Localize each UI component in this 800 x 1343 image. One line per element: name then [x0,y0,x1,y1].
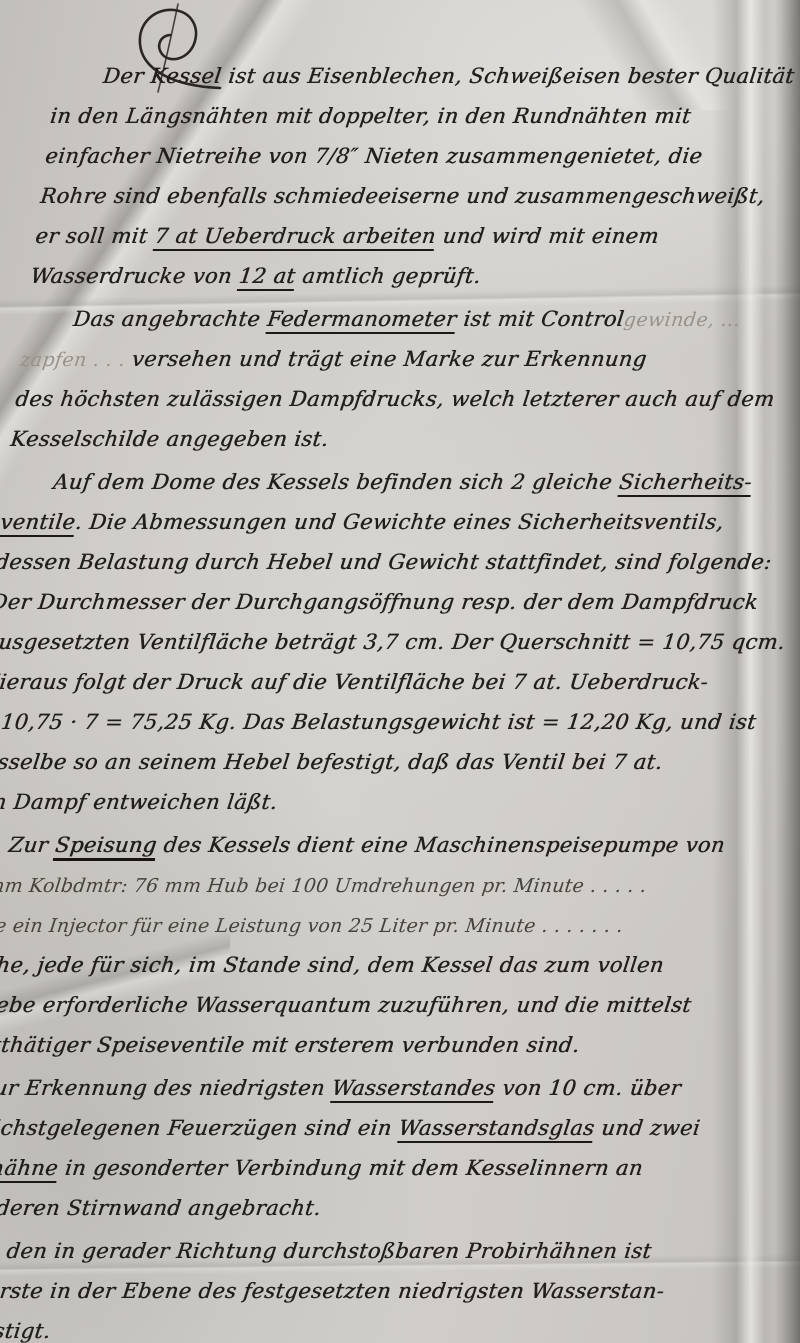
manuscript-line: dessen Belastung durch Hebel und Gewicht… [0,542,710,582]
ink-text: der unterste in der Ebene des festgesetz… [0,1279,666,1303]
manuscript-line: der vorderen Stirnwand angebracht. [0,1188,631,1228]
manuscript-line: des höchsten zulässigen Dampfdrucks, wel… [13,379,730,419]
ink-text: der vorderen Stirnwand angebracht. [0,1196,322,1220]
underlined-phrase: Wasserstandes [330,1076,497,1103]
ink-text: Das angebrachte [72,307,269,331]
ink-text: des befestigt. [0,1319,52,1343]
manuscript-line: selbstthätiger Speiseventile mit erstere… [0,1025,651,1065]
manuscript-photo: { "document": { "ink_color": "#221f1b", … [0,0,800,1343]
manuscript-line: Der Kessel ist aus Eisenblechen, Schweiß… [53,56,770,96]
ink-text: ausgesetzten Ventilfläche beträgt 3,7 cm… [0,630,787,654]
inserted-ink-text: 65 mm Kolbdmtr: 76 mm Hub bei 100 Umdreh… [0,875,648,897]
manuscript-line: der unterste in der Ebene des festgesetz… [0,1271,620,1311]
underlined-phrase: Sicherheits- [617,470,753,497]
underlined-phrase: 7 at Ueberdruck arbeiten [153,224,437,251]
ink-text: Rohre sind ebenfalls schmiedeeiserne und… [39,184,766,208]
ink-text: . Die Abmessungen und Gewichte eines Sic… [74,510,725,534]
manuscript-line: einfacher Nietreihe von 7/8″ Nieten zusa… [43,136,760,176]
ink-text: selbstthätiger Speiseventile mit erstere… [0,1033,581,1057]
underlined-phrase: ventile [0,510,77,537]
underlined-phrase: Federmanometer [265,307,458,334]
manuscript-line: des befestigt. [0,1311,616,1343]
manuscript-line: Rohre sind ebenfalls schmiedeeiserne und… [38,176,755,216]
ink-text: versehen und trägt eine Marke zur Erkenn… [130,347,648,371]
underlined-phrase: Speisung [53,833,158,861]
manuscript-line: Zur Erkennung des niedrigsten Wasserstan… [0,1068,645,1108]
ink-text: Betriebe erforderliche Wasserquantum zuz… [0,993,693,1017]
manuscript-line: = 10,75 · 7 = 75,25 Kg. Das Belastungsge… [0,702,690,742]
ink-text: des Kessels dient eine Maschinenspeisepu… [155,833,726,857]
manuscript-line: Von den in gerader Richtung durchstoßbar… [0,1231,625,1271]
manuscript-line: Probirhähne in gesonderter Verbindung mi… [0,1148,636,1188]
manuscript-line: Kesselschilde angegeben ist. [8,419,725,459]
manuscript-line: Wasserdrucke von 12 at amtlich geprüft. [28,256,745,296]
ink-text: Auf dem Dome des Kessels befinden sich 2… [52,470,621,494]
ink-text: Wasserdrucke von [29,264,240,288]
ink-text: = 10,75 · 7 = 75,25 Kg. Das Belastungsge… [0,710,758,734]
inserted-ink-text: sowie ein Injector für eine Leistung von… [0,915,624,937]
manuscript-line: Zur Speisung des Kessels dient eine Masc… [0,825,675,865]
pencil-addition: gewinde, ... [623,309,742,331]
ink-text: Kesselschilde angegeben ist. [9,427,330,451]
ink-text: den höchstgelegenen Feuerzügen sind ein [0,1116,400,1140]
ink-text: des höchsten zulässigen Dampfdrucks, wel… [14,387,776,411]
manuscript-line: in den Längsnähten mit doppelter, in den… [48,96,765,136]
ink-text: Der Durchmesser der Durchgangsöffnung re… [0,590,759,614]
ink-text: und wird mit einem [434,224,660,248]
pencil-addition: zapfen . . . [19,349,133,371]
manuscript-line: welche, jede für sich, im Stande sind, d… [0,945,660,985]
ink-text: Zur Erkennung des niedrigsten [0,1076,333,1100]
manuscript-line: zapfen . . . versehen und trägt eine Mar… [18,339,735,379]
manuscript-line: ausgesetzten Ventilfläche beträgt 3,7 cm… [0,622,700,662]
manuscript-line: Das angebrachte Federmanometer ist mit C… [23,299,740,339]
ink-text: welche, jede für sich, im Stande sind, d… [0,953,665,977]
manuscript-line: den Dampf entweichen läßt. [0,782,680,822]
ink-text: dasselbe so an seinem Hebel befestigt, d… [0,750,664,774]
manuscript-line: er soll mit 7 at Ueberdruck arbeiten und… [33,216,750,256]
ink-text: dessen Belastung durch Hebel und Gewicht… [0,550,773,574]
underlined-phrase: Probirhähne [0,1156,60,1183]
underlined-phrase: Wasserstandsglas [397,1116,596,1143]
ink-text: Hieraus folgt der Druck auf die Ventilfl… [0,670,710,694]
ink-text: er soll mit [34,224,156,248]
manuscript-line: dasselbe so an seinem Hebel befestigt, d… [0,742,685,782]
ink-text: Von den in gerader Richtung durchstoßbar… [0,1239,653,1263]
manuscript-line: sowie ein Injector für eine Leistung von… [0,905,665,945]
manuscript-line: Der Durchmesser der Durchgangsöffnung re… [0,582,705,622]
underlined-phrase: 12 at [237,264,297,291]
ink-text: ist mit Control [455,307,625,331]
manuscript-line: ventile. Die Abmessungen und Gewichte ei… [0,502,715,542]
ink-text: Der Kessel ist aus Eisenblechen, Schweiß… [102,64,796,88]
ink-text: und zwei [593,1116,702,1140]
ink-text: Zur [7,833,56,857]
ink-text: einfacher Nietreihe von 7/8″ Nieten zusa… [44,144,704,168]
manuscript-line: 65 mm Kolbdmtr: 76 mm Hub bei 100 Umdreh… [0,865,670,905]
ink-text: von 10 cm. über [494,1076,683,1100]
ink-text: den Dampf entweichen läßt. [0,790,279,814]
ink-text: amtlich geprüft. [294,264,482,288]
ink-text: in gesonderter Verbindung mit dem Kessel… [57,1156,645,1180]
manuscript-line: Hieraus folgt der Druck auf die Ventilfl… [0,662,695,702]
ink-text: in den Längsnähten mit doppelter, in den… [49,104,693,128]
manuscript-line: den höchstgelegenen Feuerzügen sind ein … [0,1108,640,1148]
manuscript-line: Betriebe erforderliche Wasserquantum zuz… [0,985,656,1025]
manuscript-line: Auf dem Dome des Kessels befinden sich 2… [3,462,720,502]
